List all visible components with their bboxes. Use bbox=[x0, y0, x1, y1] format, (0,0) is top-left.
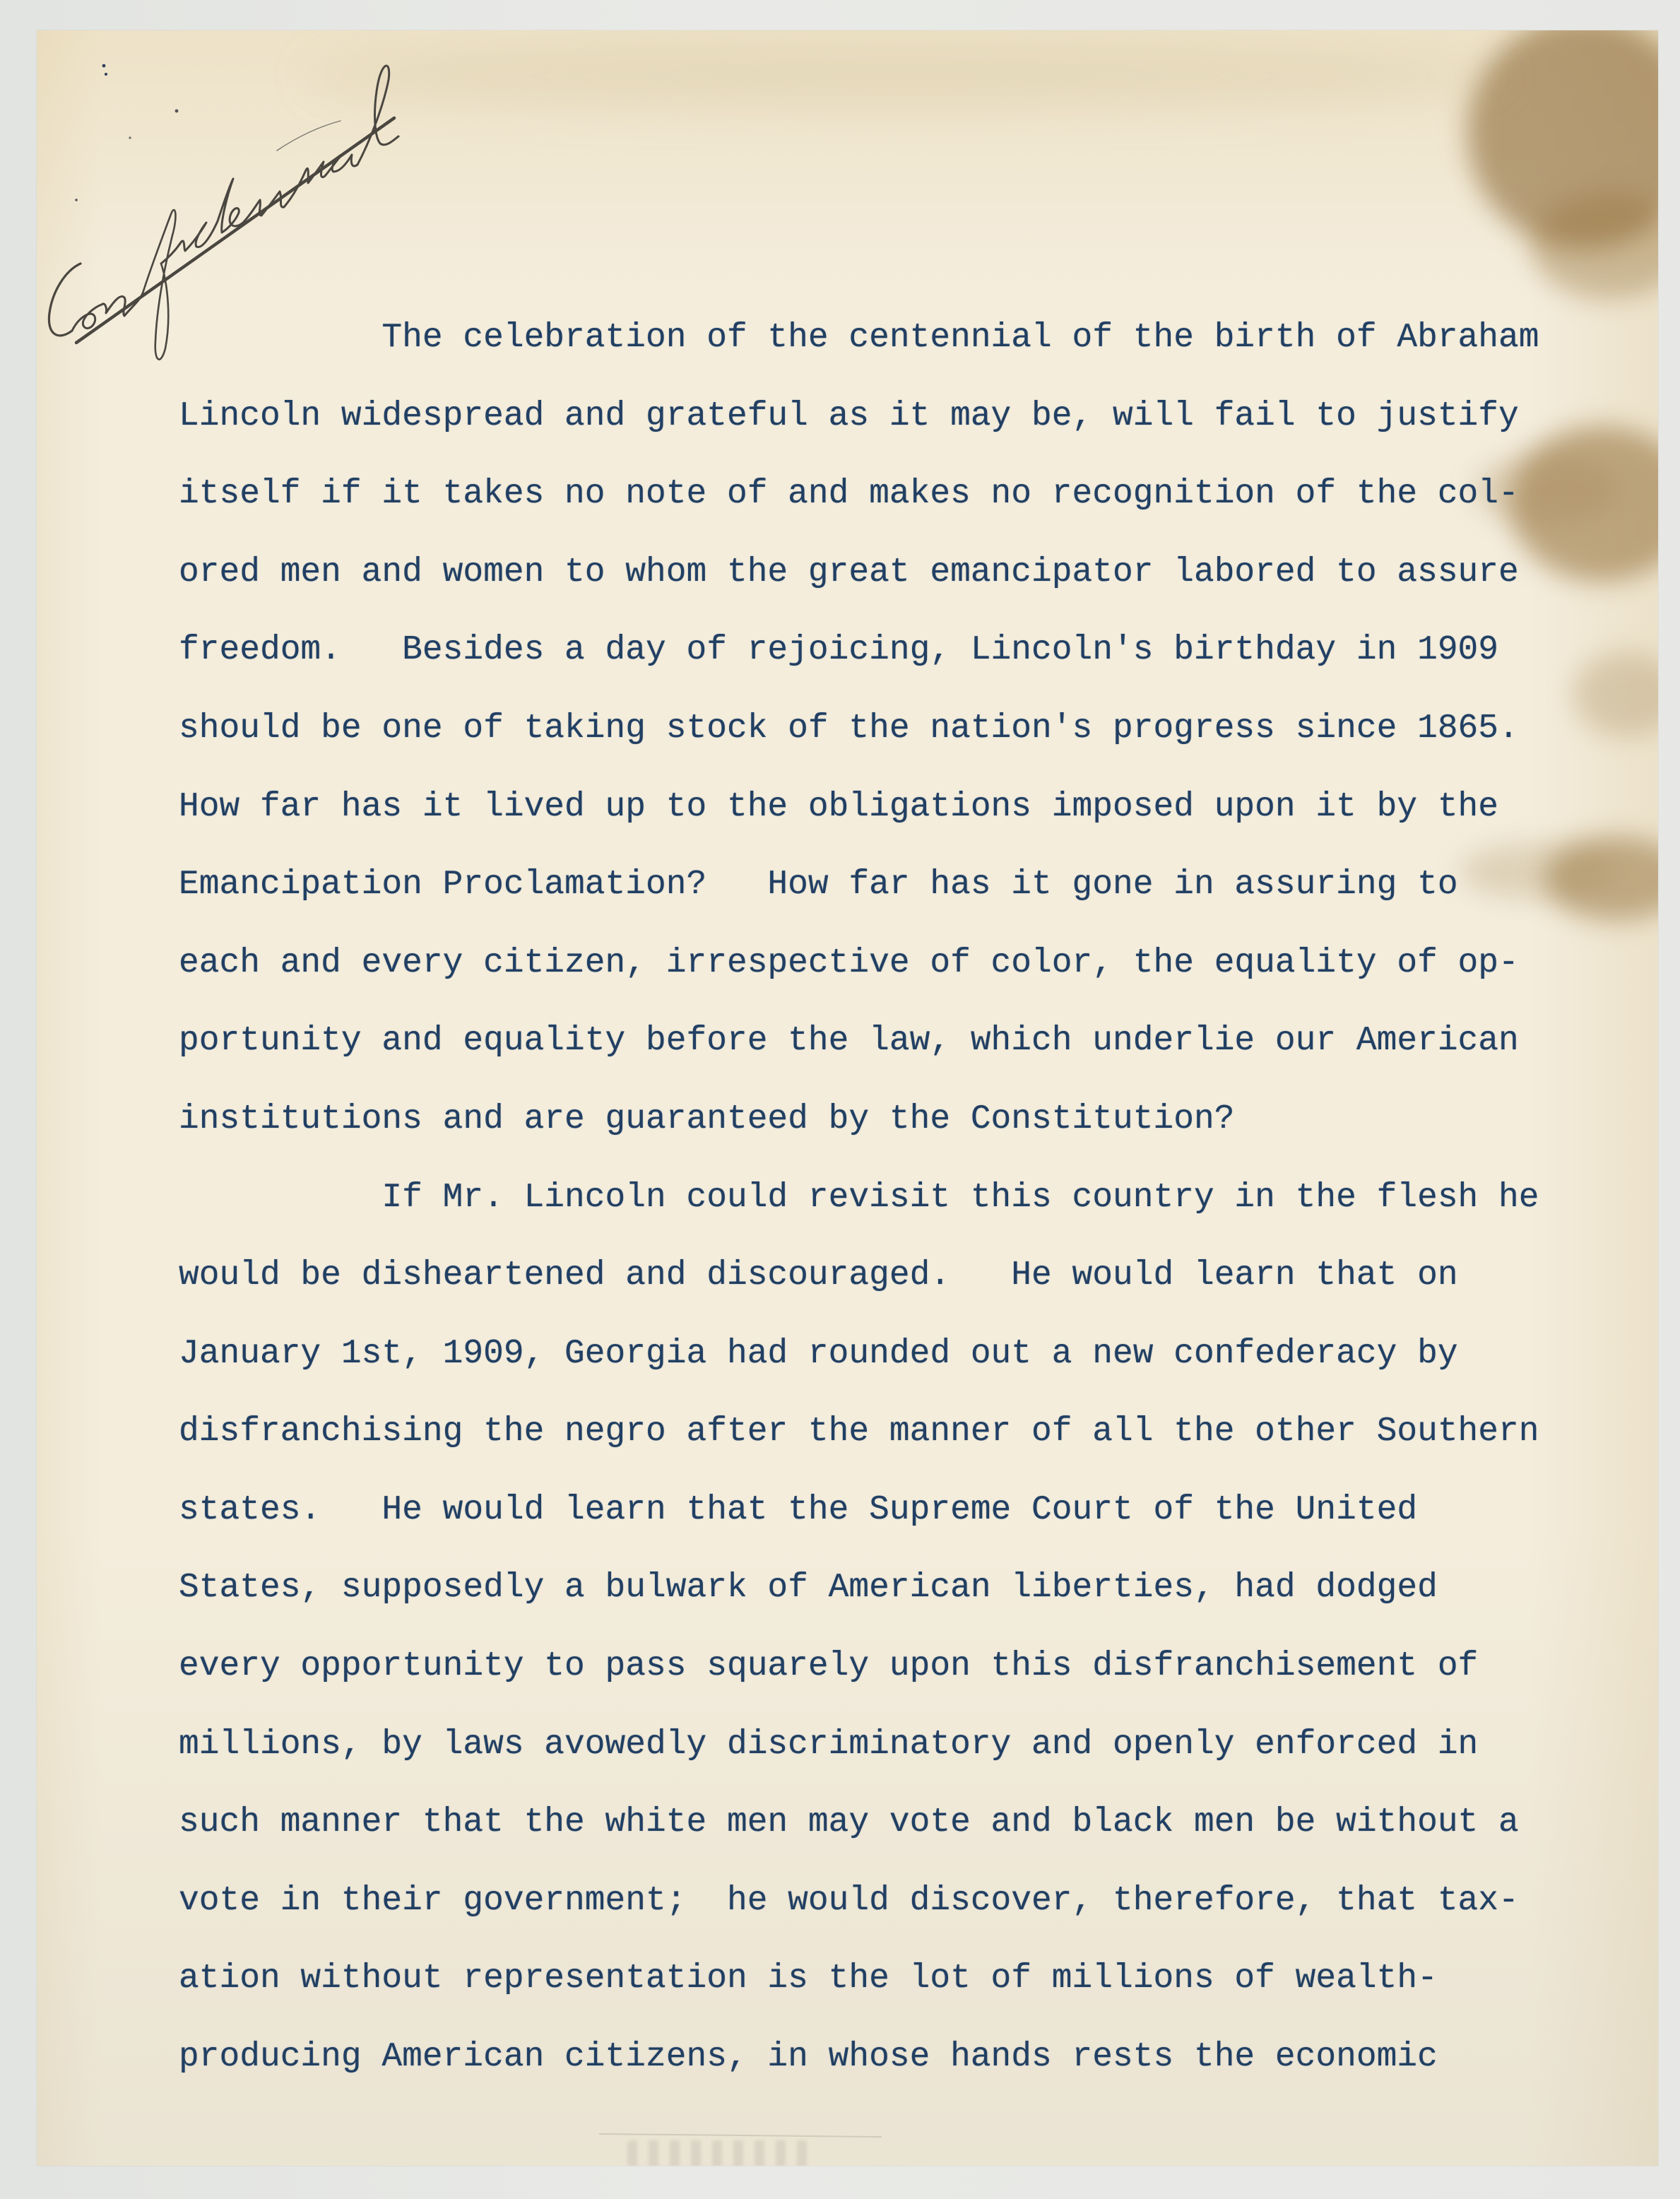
text-line: institutions and are guaranteed by the C… bbox=[179, 1098, 1234, 1140]
text-line: itself if it takes no note of and makes … bbox=[179, 473, 1519, 515]
text-line: ation without representation is the lot … bbox=[179, 1957, 1438, 2000]
text-line: such manner that the white men may vote … bbox=[179, 1801, 1519, 1844]
text-line: Emancipation Proclamation? How far has i… bbox=[179, 863, 1458, 906]
water-stain bbox=[1460, 843, 1616, 900]
text-line: portunity and equality before the law, w… bbox=[179, 1020, 1519, 1062]
typescript-page: Confidential bbox=[37, 30, 1658, 2166]
paragraph-1: The celebration of the centennial of the… bbox=[179, 107, 300, 603]
text-line: every opportunity to pass squarely upon … bbox=[179, 1645, 1478, 1687]
top-edge-discoloration bbox=[305, 45, 1506, 108]
text-line: states. He would learn that the Supreme … bbox=[179, 1489, 1417, 1531]
text-line: vote in their government; he would disco… bbox=[179, 1880, 1519, 1922]
text-line: disfranchising the negro after the manne… bbox=[179, 1410, 1539, 1453]
text-line: millions, by laws avowedly discriminator… bbox=[179, 1723, 1478, 1766]
bleed-marks bbox=[627, 2140, 811, 2166]
text-line: The celebration of the centennial of the… bbox=[179, 317, 1539, 359]
text-line: each and every citizen, irrespective of … bbox=[179, 942, 1519, 984]
text-line: States, supposedly a bulwark of American… bbox=[179, 1567, 1438, 1609]
text-line: freedom. Besides a day of rejoicing, Lin… bbox=[179, 629, 1498, 671]
text-line: January 1st, 1909, Georgia had rounded o… bbox=[179, 1333, 1458, 1375]
text-line: should be one of taking stock of the nat… bbox=[179, 707, 1519, 750]
text-line: How far has it lived up to the obligatio… bbox=[179, 786, 1498, 828]
text-line: would be disheartened and discouraged. H… bbox=[179, 1254, 1458, 1297]
text-line: ored men and women to whom the great ema… bbox=[179, 551, 1519, 594]
text-line: producing American citizens, in whose ha… bbox=[179, 2036, 1438, 2078]
verso-bleed-through bbox=[627, 2135, 825, 2166]
text-line: If Mr. Lincoln could revisit this countr… bbox=[179, 1177, 1539, 1219]
text-line: Lincoln widespread and grateful as it ma… bbox=[179, 395, 1519, 437]
typescript-body: The celebration of the centennial of the… bbox=[179, 30, 300, 1290]
